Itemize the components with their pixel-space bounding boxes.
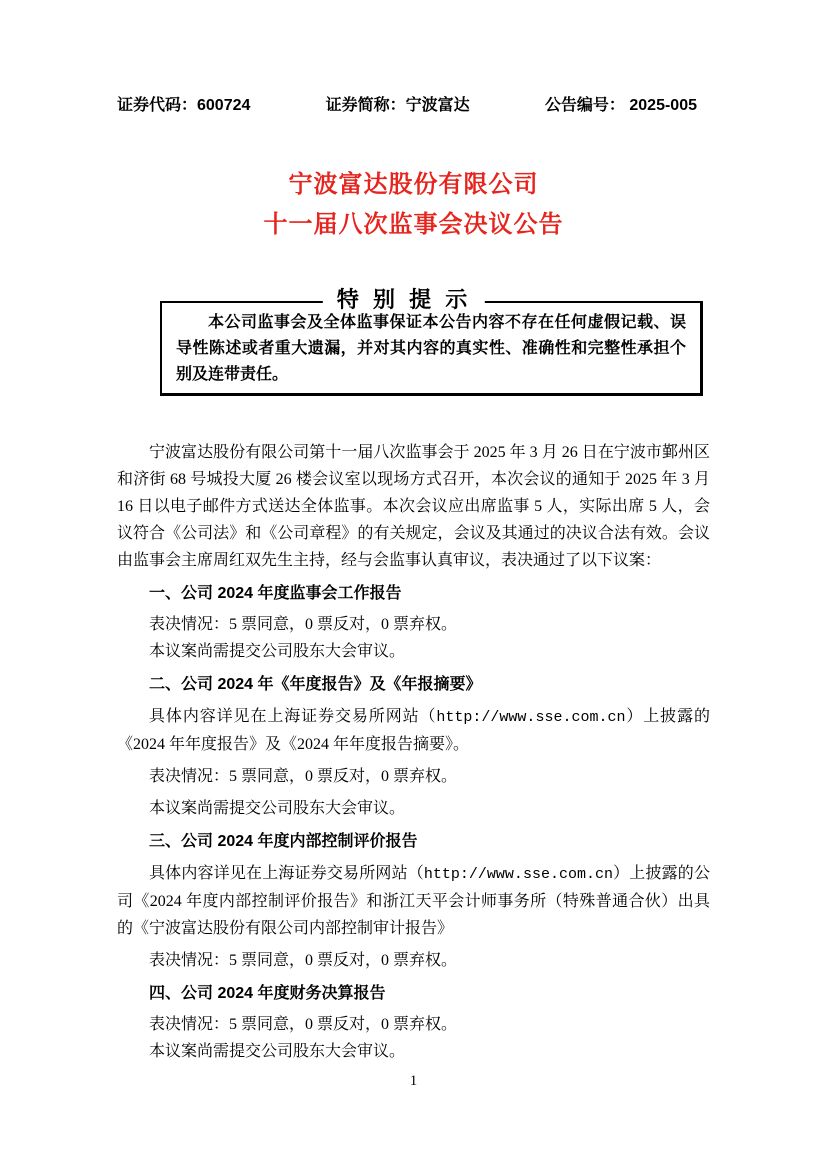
item-4-note: 本议案尚需提交公司股东大会审议。 — [117, 1038, 710, 1065]
item-2-detail-text-pre: 具体内容详见在上海证券交易所网站（ — [149, 708, 436, 725]
item-4-heading: 四、公司 2024 年度财务决算报告 — [117, 980, 710, 1007]
item-3-heading: 三、公司 2024 年度内部控制评价报告 — [117, 828, 710, 855]
document-body: 宁波富达股份有限公司第十一届八次监事会于 2025 年 3 月 26 日在宁波市… — [117, 439, 710, 1091]
item-2-detail: 具体内容详见在上海证券交易所网站（http://www.sse.com.cn）上… — [117, 703, 710, 758]
announcement-no-label: 公告编号： 2025-005 — [545, 96, 697, 116]
item-4-vote-result: 表决情况：5 票同意，0 票反对，0 票弃权。 — [117, 1011, 710, 1038]
item-3-vote-result: 表决情况：5 票同意，0 票反对，0 票弃权。 — [117, 947, 710, 974]
sse-website-url: http://www.sse.com.cn — [436, 709, 625, 726]
company-name-title: 宁波富达股份有限公司 — [0, 165, 827, 205]
item-3-detail-text-pre: 具体内容详见在上海证券交易所网站（ — [149, 865, 424, 882]
stock-abbr-label: 证券简称：宁波富达 — [326, 96, 470, 116]
item-2-heading: 二、公司 2024 年《年度报告》及《年报摘要》 — [117, 671, 710, 698]
title-block: 宁波富达股份有限公司 十一届八次监事会决议公告 — [0, 165, 827, 245]
intro-paragraph: 宁波富达股份有限公司第十一届八次监事会于 2025 年 3 月 26 日在宁波市… — [117, 439, 710, 574]
special-notice-section: 特 别 提 示 本公司监事会及全体监事保证本公告内容不存在任何虚假记载、误导性陈… — [160, 301, 703, 396]
page-number: 1 — [117, 1071, 710, 1091]
document-header: 证券代码：600724 证券简称：宁波富达 公告编号： 2025-005 — [0, 0, 827, 116]
special-notice-heading: 特 别 提 示 — [323, 287, 485, 313]
item-2-note: 本议案尚需提交公司股东大会审议。 — [117, 795, 710, 822]
item-1-heading: 一、公司 2024 年度监事会工作报告 — [117, 580, 710, 607]
special-notice-text: 本公司监事会及全体监事保证本公告内容不存在任何虚假记载、误导性陈述或者重大遗漏，… — [176, 310, 686, 388]
item-1-note: 本议案尚需提交公司股东大会审议。 — [117, 638, 710, 665]
stock-code-label: 证券代码：600724 — [117, 96, 250, 116]
document-page: 证券代码：600724 证券简称：宁波富达 公告编号： 2025-005 宁波富… — [0, 0, 827, 1170]
item-1-vote-result: 表决情况：5 票同意，0 票反对，0 票弃权。 — [117, 611, 710, 638]
sse-website-url-2: http://www.sse.com.cn — [424, 866, 613, 883]
item-3-detail: 具体内容详见在上海证券交易所网站（http://www.sse.com.cn）上… — [117, 860, 710, 942]
announcement-title: 十一届八次监事会决议公告 — [0, 205, 827, 245]
item-2-vote-result: 表决情况：5 票同意，0 票反对，0 票弃权。 — [117, 763, 710, 790]
